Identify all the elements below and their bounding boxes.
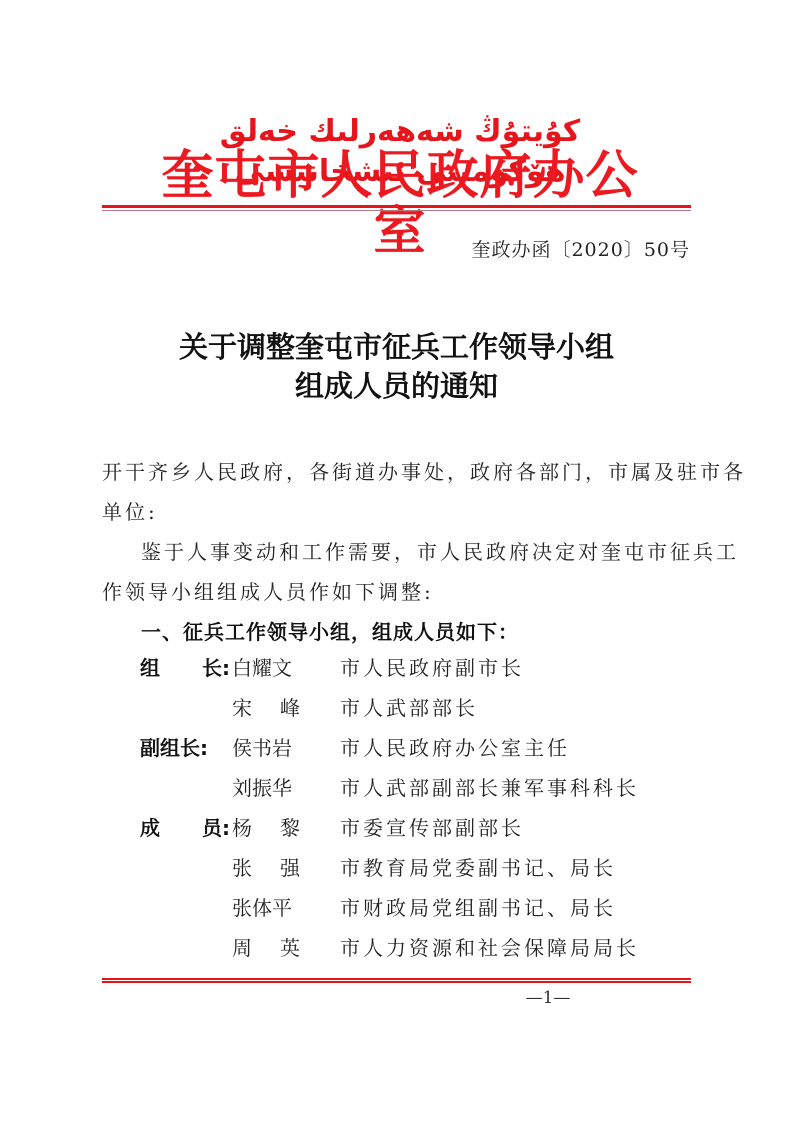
- letterhead-thin-rule: [102, 210, 691, 211]
- member-name: 张体平: [232, 888, 300, 928]
- addressee-line-2: 单位:: [102, 492, 694, 532]
- document-title-line-2: 组成人员的通知: [0, 366, 793, 406]
- member-title: 市财政局党组副书记、局长: [340, 888, 616, 928]
- name-part: 英: [280, 928, 300, 968]
- member-title: 市人民政府副市长: [340, 648, 524, 688]
- name-part: 杨: [232, 808, 252, 848]
- member-role: 副组长:: [140, 728, 230, 768]
- member-name: 张 强: [232, 848, 300, 888]
- letterhead-red-rule: [102, 205, 691, 208]
- role-part: 长:: [202, 648, 230, 688]
- name-part: 侯书岩: [232, 728, 292, 768]
- footer-red-rule-2: [102, 981, 691, 983]
- addressee-line-1: 开干齐乡人民政府，各街道办事处，政府各部门，市属及驻市各: [102, 452, 694, 492]
- member-title: 市人力资源和社会保障局局长: [340, 928, 639, 968]
- name-part: 强: [280, 848, 300, 888]
- footer-red-rule: [102, 978, 691, 980]
- member-name: 侯书岩: [232, 728, 300, 768]
- page-number: —1—: [523, 986, 573, 1010]
- member-role: 组 长:: [140, 648, 230, 688]
- section-heading: 一、征兵工作领导小组，组成人员如下：: [141, 612, 519, 652]
- name-part: 峰: [280, 688, 300, 728]
- member-name: 宋 峰: [232, 688, 300, 728]
- name-part: 张: [232, 848, 252, 888]
- name-part: 张体平: [232, 888, 292, 928]
- member-title: 市教育局党委副书记、局长: [340, 848, 616, 888]
- member-title: 市人武部副部长兼军事科科长: [340, 768, 639, 808]
- member-role: 成 员:: [140, 808, 230, 848]
- name-part: 黎: [280, 808, 300, 848]
- document-title-line-1: 关于调整奎屯市征兵工作领导小组: [0, 327, 793, 367]
- role-part: 组: [140, 648, 160, 688]
- member-name: 刘振华: [232, 768, 300, 808]
- role-part: 副组长:: [140, 728, 208, 768]
- member-name: 周 英: [232, 928, 300, 968]
- member-name: 白耀文: [232, 648, 300, 688]
- name-part: 刘振华: [232, 768, 292, 808]
- intro-line-2: 作领导小组组成人员作如下调整:: [102, 572, 694, 612]
- document-number: 奎政办函〔2020〕50号: [471, 236, 690, 264]
- member-title: 市委宣传部副部长: [340, 808, 524, 848]
- role-part: 成: [140, 808, 160, 848]
- name-part: 宋: [232, 688, 252, 728]
- member-title: 市人武部部长: [340, 688, 478, 728]
- member-title: 市人民政府办公室主任: [340, 728, 570, 768]
- role-part: 员:: [202, 808, 230, 848]
- intro-line-1: 鉴于人事变动和工作需要，市人民政府决定对奎屯市征兵工: [141, 532, 733, 572]
- name-part: 周: [232, 928, 252, 968]
- member-name: 杨 黎: [232, 808, 300, 848]
- name-part: 白耀文: [232, 648, 292, 688]
